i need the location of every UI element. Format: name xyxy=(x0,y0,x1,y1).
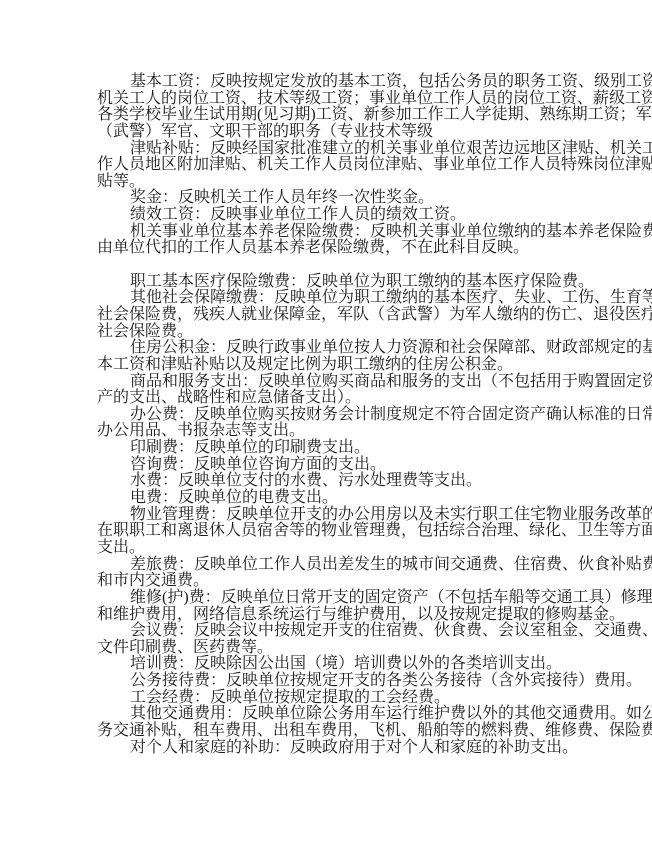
paragraph-line: 机关事业单位基本养老保险缴费：反映机关事业单位缴纳的基本养老保险费。 xyxy=(97,224,567,241)
paragraph-line: 维修(护)费：反映单位日常开支的固定资产（不包括车船等交通工具）修理 xyxy=(97,590,567,607)
paragraph-printing: 印刷费：反映单位的印刷费支出。 xyxy=(97,440,567,457)
paragraph-line: 在职职工和离退休人员宿舍等的物业管理费，包括综合治理、绿化、卫生等方面的 xyxy=(97,523,567,540)
paragraph-bonus: 奖金：反映机关工作人员年终一次性奖金。 xyxy=(97,190,567,207)
paragraph-line: 机关工人的岗位工资、技术等级工资；事业单位工作人员的岗位工资、薪级工资； xyxy=(97,91,567,108)
paragraph-line: 会议费：反映会议中按规定开支的住宿费、伙食费、会议室租金、交通费、 xyxy=(97,623,567,640)
paragraph-line: 其他交通费用：反映单位除公务用车运行维护费以外的其他交通费用。如公 xyxy=(97,706,567,723)
paragraph-housing-fund: 住房公积金：反映行政事业单位按人力资源和社会保障部、财政部规定的基 本工资和津贴… xyxy=(97,340,567,373)
paragraph-maintenance: 维修(护)费：反映单位日常开支的固定资产（不包括车船等交通工具）修理 和维护费用… xyxy=(97,590,567,623)
document-page: 基本工资：反映按规定发放的基本工资，包括公务员的职务工资、级别工资； 机关工人的… xyxy=(97,74,567,756)
paragraph-meetings: 会议费：反映会议中按规定开支的住宿费、伙食费、会议室租金、交通费、 文件印刷费、… xyxy=(97,623,567,656)
paragraph-line: 水费：反映单位支付的水费、污水处理费等支出。 xyxy=(97,473,567,490)
paragraph-allowances: 津贴补贴：反映经国家批准建立的机关事业单位艰苦边远地区津贴、机关工 作人员地区附… xyxy=(97,141,567,191)
paragraph-training: 培训费：反映除因公出国（境）培训费以外的各类培训支出。 xyxy=(97,656,567,673)
paragraph-property-management: 物业管理费：反映单位开支的办公用房以及未实行职工住宅物业服务改革的 在职职工和离… xyxy=(97,507,567,557)
paragraph-line: 社会保险费，残疾人就业保障金，军队（含武警）为军人缴纳的伤亡、退役医疗等 xyxy=(97,307,567,324)
paragraph-electricity: 电费：反映单位的电费支出。 xyxy=(97,490,567,507)
paragraph-line: 对个人和家庭的补助：反映政府用于对个人和家庭的补助支出。 xyxy=(97,740,567,757)
paragraph-line: 和市内交通费。 xyxy=(97,573,567,590)
paragraph-other-transport: 其他交通费用：反映单位除公务用车运行维护费以外的其他交通费用。如公 务交通补贴，… xyxy=(97,706,567,739)
paragraph-reception: 公务接待费：反映单位按规定开支的各类公务接待（含外宾接待）费用。 xyxy=(97,673,567,690)
paragraph-line: 培训费：反映除因公出国（境）培训费以外的各类培训支出。 xyxy=(97,656,567,673)
paragraph-line: 社会保险费。 xyxy=(97,324,567,341)
paragraph-line: 由单位代扣的工作人员基本养老保险缴费，不在此科目反映。 xyxy=(97,240,567,257)
paragraph-medical-insurance: 职工基本医疗保险缴费：反映单位为职工缴纳的基本医疗保险费。 xyxy=(97,274,567,291)
paragraph-line: 办公用品、书报杂志等支出。 xyxy=(97,423,567,440)
paragraph-pension-insurance: 机关事业单位基本养老保险缴费：反映机关事业单位缴纳的基本养老保险费。 由单位代扣… xyxy=(97,224,567,257)
paragraph-line: 印刷费：反映单位的印刷费支出。 xyxy=(97,440,567,457)
blank-line xyxy=(97,257,567,274)
paragraph-line: 物业管理费：反映单位开支的办公用房以及未实行职工住宅物业服务改革的 xyxy=(97,507,567,524)
paragraph-line: 差旅费：反映单位工作人员出差发生的城市间交通费、住宿费、伙食补贴费 xyxy=(97,557,567,574)
paragraph-line: 产的支出、战略性和应急储备支出）。 xyxy=(97,390,567,407)
paragraph-line: 公务接待费：反映单位按规定开支的各类公务接待（含外宾接待）费用。 xyxy=(97,673,567,690)
paragraph-line: 支出。 xyxy=(97,540,567,557)
paragraph-line: 津贴补贴：反映经国家批准建立的机关事业单位艰苦边远地区津贴、机关工 xyxy=(97,141,567,158)
paragraph-travel: 差旅费：反映单位工作人员出差发生的城市间交通费、住宿费、伙食补贴费 和市内交通费… xyxy=(97,557,567,590)
paragraph-basic-salary: 基本工资：反映按规定发放的基本工资，包括公务员的职务工资、级别工资； 机关工人的… xyxy=(97,74,567,141)
paragraph-line: 商品和服务支出：反映单位购买商品和服务的支出（不包括用于购置固定资 xyxy=(97,374,567,391)
paragraph-line: 贴等。 xyxy=(97,174,567,191)
paragraph-consulting: 咨询费：反映单位咨询方面的支出。 xyxy=(97,457,567,474)
paragraph-line: 和维护费用，网络信息系统运行与维护费用，以及按规定提取的修购基金。 xyxy=(97,607,567,624)
paragraph-line: 文件印刷费、医药费等。 xyxy=(97,640,567,657)
paragraph-water: 水费：反映单位支付的水费、污水处理费等支出。 xyxy=(97,473,567,490)
paragraph-line: 各类学校毕业生试用期(见习期)工资、新参加工作工人学徒期、熟练期工资；军队 xyxy=(97,107,567,124)
paragraph-union-funds: 工会经费：反映单位按规定提取的工会经费。 xyxy=(97,690,567,707)
paragraph-line: 务交通补贴，租车费用、出租车费用，飞机、船舶等的燃料费、维修费、保险费等。 xyxy=(97,723,567,740)
paragraph-other-social-security: 其他社会保障缴费：反映单位为职工缴纳的基本医疗、失业、工伤、生育等 社会保险费，… xyxy=(97,290,567,340)
paragraph-line: 作人员地区附加津贴、机关工作人员岗位津贴、事业单位工作人员特殊岗位津贴补 xyxy=(97,157,567,174)
paragraph-line: 绩效工资：反映事业单位工作人员的绩效工资。 xyxy=(97,207,567,224)
paragraph-line: 住房公积金：反映行政事业单位按人力资源和社会保障部、财政部规定的基 xyxy=(97,340,567,357)
paragraph-line: 奖金：反映机关工作人员年终一次性奖金。 xyxy=(97,190,567,207)
paragraph-line: 职工基本医疗保险缴费：反映单位为职工缴纳的基本医疗保险费。 xyxy=(97,274,567,291)
paragraph-line: 咨询费：反映单位咨询方面的支出。 xyxy=(97,457,567,474)
paragraph-household-subsidy: 对个人和家庭的补助：反映政府用于对个人和家庭的补助支出。 xyxy=(97,740,567,757)
paragraph-line: 工会经费：反映单位按规定提取的工会经费。 xyxy=(97,690,567,707)
paragraph-performance-pay: 绩效工资：反映事业单位工作人员的绩效工资。 xyxy=(97,207,567,224)
paragraph-office-expenses: 办公费：反映单位购买按财务会计制度规定不符合固定资产确认标准的日常 办公用品、书… xyxy=(97,407,567,440)
paragraph-line: 办公费：反映单位购买按财务会计制度规定不符合固定资产确认标准的日常 xyxy=(97,407,567,424)
paragraph-line: 本工资和津贴补贴以及规定比例为职工缴纳的住房公积金。 xyxy=(97,357,567,374)
paragraph-line: 基本工资：反映按规定发放的基本工资，包括公务员的职务工资、级别工资； xyxy=(97,74,567,91)
paragraph-line: （武警）军官、文职干部的职务（专业技术等级 xyxy=(97,124,567,141)
paragraph-line: 其他社会保障缴费：反映单位为职工缴纳的基本医疗、失业、工伤、生育等 xyxy=(97,290,567,307)
paragraph-line: 电费：反映单位的电费支出。 xyxy=(97,490,567,507)
paragraph-goods-services: 商品和服务支出：反映单位购买商品和服务的支出（不包括用于购置固定资 产的支出、战… xyxy=(97,374,567,407)
